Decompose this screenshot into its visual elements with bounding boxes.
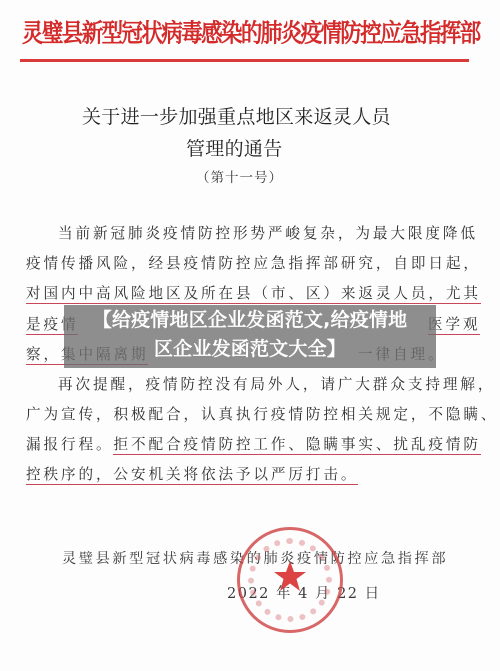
underlined-text: 对国内中高风险地区及所在县（市、区）来返灵人员，尤其 — [26, 285, 481, 304]
official-seal — [237, 527, 343, 633]
caption-line2: 区企业发函范文大全】 — [64, 335, 436, 364]
paragraph1-line3: 对国内中高风险地区及所在县（市、区）来返灵人员，尤其 — [26, 282, 481, 303]
underlined-text: 拒不配合疫情防控工作、隐瞒事实、扰乱疫情防 — [113, 436, 480, 455]
paragraph2-line1: 再次提醒，疫情防控没有局外人，请广大群众支持理解， — [58, 373, 495, 394]
paragraph1-line2: 疫情传播风险，经县疫情防控应急指挥部研究，自即日起， — [26, 252, 481, 273]
caption-line1: 【给疫情地区企业发函范文,给疫情地 — [64, 306, 436, 335]
notice-title-line1: 关于进一步加强重点地区来返灵人员 — [82, 102, 391, 129]
document-number: （第十一号） — [196, 166, 283, 186]
paragraph1-line1: 当前新冠肺炎疫情防控形势严峻复杂，为最大限度降低 — [58, 222, 478, 243]
plain-text: 漏报行程。 — [26, 436, 113, 453]
notice-title-line2: 管理的通告 — [186, 134, 283, 161]
paragraph2-line2: 广为宣传，积极配合，认真执行疫情防控相关规定，不隐瞒、 — [26, 403, 498, 424]
paragraph2-line4: 控秩序的，公安机关将依法予以严厉打击。 — [26, 463, 358, 484]
paragraph2-line3: 漏报行程。拒不配合疫情防控工作、隐瞒事实、扰乱疫情防 — [26, 433, 481, 454]
red-star-icon — [273, 560, 307, 592]
caption-overlay: 【给疫情地区企业发函范文,给疫情地 区企业发函范文大全】 — [64, 306, 436, 364]
red-header-rule — [20, 59, 469, 62]
underlined-text: 控秩序的，公安机关将依法予以严厉打击。 — [26, 466, 358, 485]
document-page: 灵璧县新型冠状病毒感染的肺炎疫情防控应急指挥部 关于进一步加强重点地区来返灵人员… — [0, 0, 500, 671]
org-red-header: 灵璧县新型冠状病毒感染的肺炎疫情防控应急指挥部 — [22, 14, 478, 50]
